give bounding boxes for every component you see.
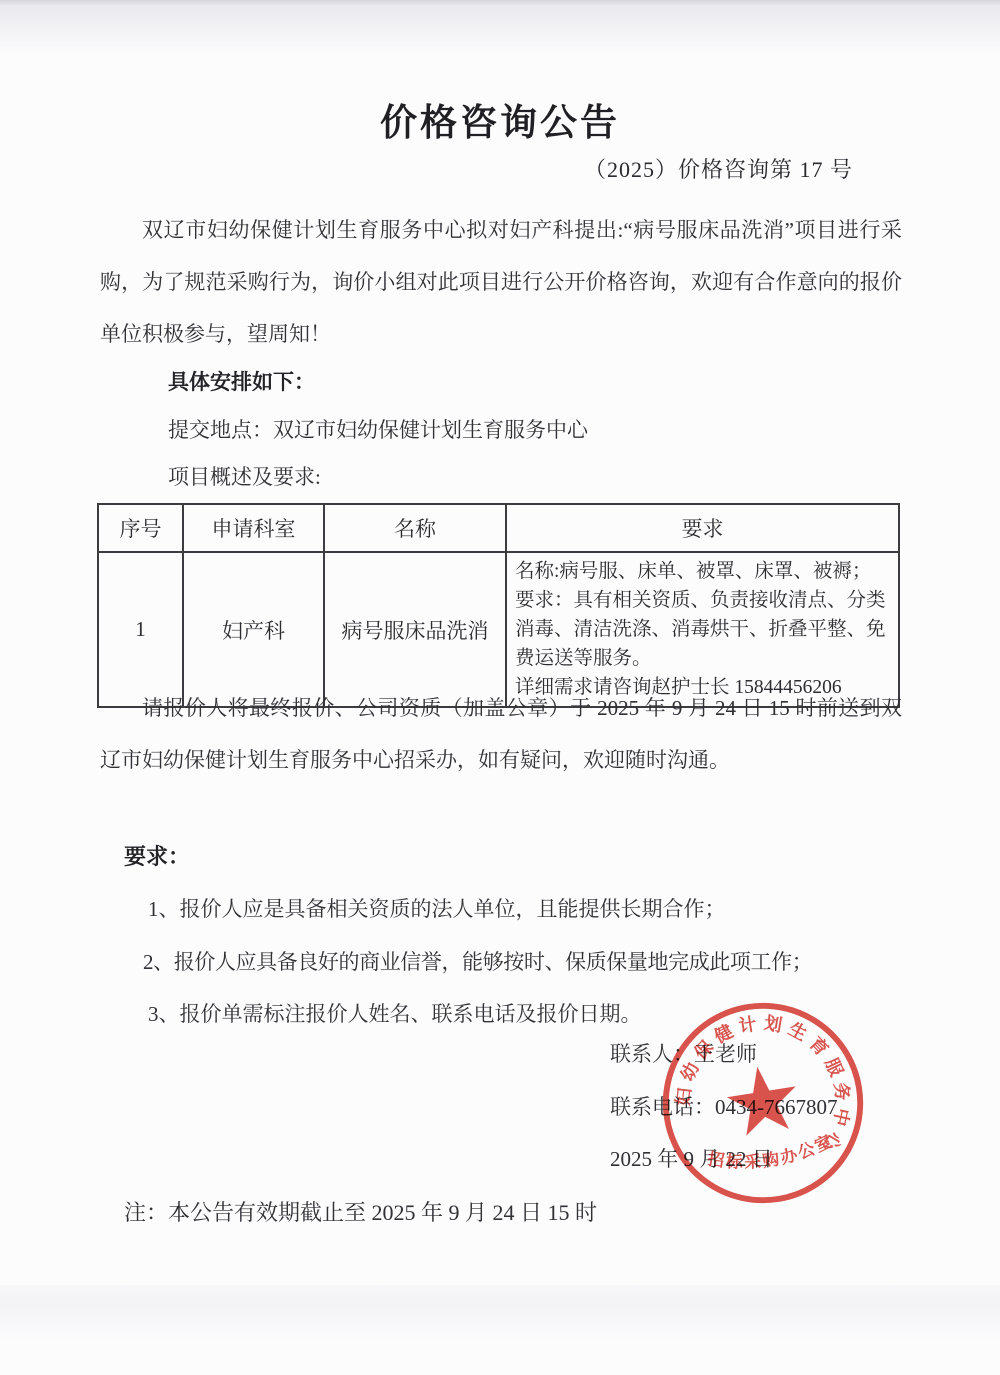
intro-paragraph: 双辽市妇幼保健计划生育服务中心拟对妇产科提出:“病号服床品洗消”项目进行采购，为… [100,204,902,360]
scan-noise-band [0,1285,1000,1340]
announce-date-line: 2025 年 9 月 22 日 [610,1143,773,1173]
requirement-line: 要求：具有相关资质、负责接收清点、分类消毒、清洁洗涤、消毒烘干、折叠平整、免费运… [515,586,890,673]
overview-heading: 项目概述及要求: [168,461,321,491]
project-table: 序号 申请科室 名称 要求 1 妇产科 病号服床品洗消 名称:病号服、床单、被罩… [97,503,900,708]
table-header-name: 名称 [324,504,506,552]
scanned-document-page: 价格咨询公告 （2025）价格咨询第 17 号 双辽市妇幼保健计划生育服务中心拟… [0,0,1000,1375]
requirement-item: 1、报价人应是具备相关资质的法人单位，且能提供长期合作； [148,893,726,923]
requirement-item: 2、报价人应具备良好的商业信誉，能够按时、保质保量地完成此项工作； [143,946,812,976]
requirements-heading: 要求： [124,840,190,871]
table-header-row: 序号 申请科室 名称 要求 [98,504,899,552]
table-header-requirements: 要求 [506,504,899,552]
validity-note: 注：本公告有效期截止至 2025 年 9 月 24 日 15 时 [124,1196,597,1227]
contact-person-line: 联系人：王老师 [610,1038,757,1068]
scan-edge-shadow [0,0,1000,55]
submit-location-line: 提交地点：双辽市妇幼保健计划生育服务中心 [168,414,588,444]
arrangement-heading: 具体安排如下： [168,366,315,396]
contact-phone-line: 联系电话：0434-7667807 [610,1091,838,1121]
requirement-line: 名称:病号服、床单、被罩、床罩、被褥； [515,557,890,586]
table-header-seq: 序号 [98,504,183,552]
page-title: 价格咨询公告 [0,92,1000,146]
deadline-paragraph: 请报价人将最终报价、公司资质（加盖公章）于 2025 年 9 月 24 日 15… [100,682,902,786]
doc-number: （2025）价格咨询第 17 号 [584,153,853,184]
table-header-department: 申请科室 [183,504,324,552]
requirement-item: 3、报价单需标注报价人姓名、联系电话及报价日期。 [148,998,642,1028]
